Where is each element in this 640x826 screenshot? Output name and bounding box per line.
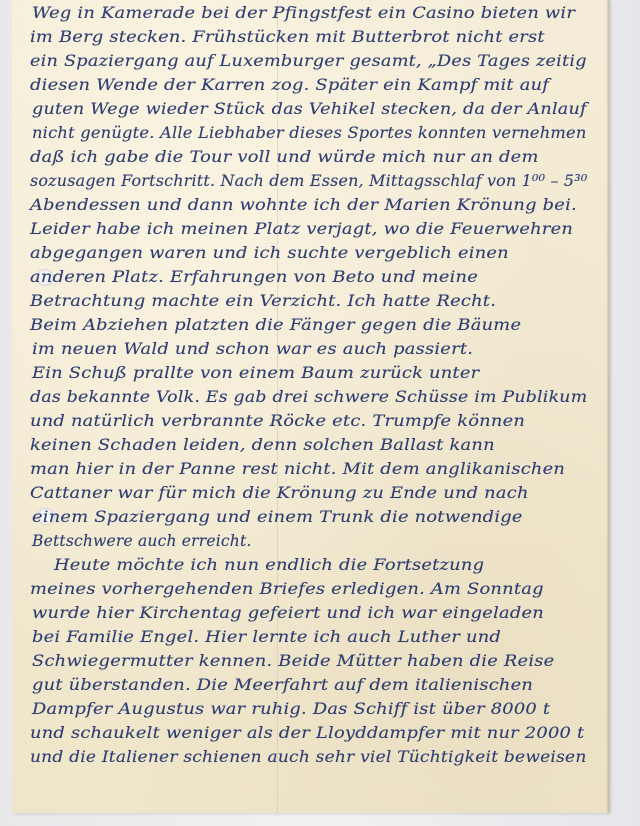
- letter-line-9: Abendessen und dann wohnte ich der Marie…: [30, 196, 577, 214]
- letter-line-27: bei Familie Engel. Hier lernte ich auch …: [32, 628, 501, 646]
- letter-line-17: das bekannte Volk. Es gab drei schwere S…: [30, 388, 587, 406]
- letter-line-13: Betrachtung machte ein Verzicht. Ich hat…: [30, 292, 496, 310]
- letter-line-10: Leider habe ich meinen Platz verjagt, wo…: [30, 220, 573, 238]
- letter-line-20: man hier in der Panne rest nicht. Mit de…: [30, 460, 565, 478]
- letter-line-28: Schwiegermutter kennen. Beide Mütter hab…: [32, 652, 554, 670]
- letter-line-25: meines vorhergehenden Briefes erledigen.…: [30, 580, 544, 598]
- letter-line-5: guten Wege wieder Stück das Vehikel stec…: [32, 100, 587, 118]
- letter-line-29: gut überstanden. Die Meerfahrt auf dem i…: [32, 676, 533, 694]
- letter-line-22: einem Spaziergang und einem Trunk die no…: [32, 508, 523, 526]
- letter-line-12: anderen Platz. Erfahrungen von Beto und …: [30, 268, 478, 286]
- letter-line-3: ein Spaziergang auf Luxemburger gesamt, …: [30, 52, 587, 70]
- handwritten-letter-body: Weg in Kamerade bei der Pfingstfest ein …: [12, 0, 609, 813]
- letter-line-16: Ein Schuß prallte von einem Baum zurück …: [32, 364, 479, 382]
- letter-line-26: wurde hier Kirchentag gefeiert und ich w…: [32, 604, 544, 622]
- letter-line-11: abgegangen waren und ich suchte vergebli…: [30, 244, 509, 262]
- letter-line-18: und natürlich verbrannte Röcke etc. Trum…: [30, 412, 525, 430]
- letter-line-4: diesen Wende der Karren zog. Später ein …: [30, 76, 549, 94]
- letter-line-1: Weg in Kamerade bei der Pfingstfest ein …: [32, 4, 575, 22]
- letter-line-32: und die Italiener schienen auch sehr vie…: [30, 748, 587, 766]
- letter-line-30: Dampfer Augustus war ruhig. Das Schiff i…: [32, 700, 550, 718]
- letter-line-14: Beim Abziehen platzten die Fänger gegen …: [30, 316, 521, 334]
- letter-line-19: keinen Schaden leiden, denn solchen Ball…: [30, 436, 495, 454]
- letter-line-31: und schaukelt weniger als der Lloyddampf…: [30, 724, 584, 742]
- letter-line-2: im Berg stecken. Frühstücken mit Butterb…: [30, 28, 545, 46]
- letter-line-6: nicht genügte. Alle Liebhaber dieses Spo…: [32, 124, 587, 142]
- letter-line-21: Cattaner war für mich die Krönung zu End…: [30, 484, 529, 502]
- letter-line-24: Heute möchte ich nun endlich die Fortset…: [54, 556, 484, 574]
- letter-line-7: daß ich gabe die Tour voll und würde mic…: [30, 148, 539, 166]
- letter-line-23: Bettschwere auch erreicht.: [32, 532, 252, 550]
- letter-line-8: sozusagen Fortschritt. Nach dem Essen, M…: [30, 172, 587, 190]
- letter-line-15: im neuen Wald und schon war es auch pass…: [32, 340, 473, 358]
